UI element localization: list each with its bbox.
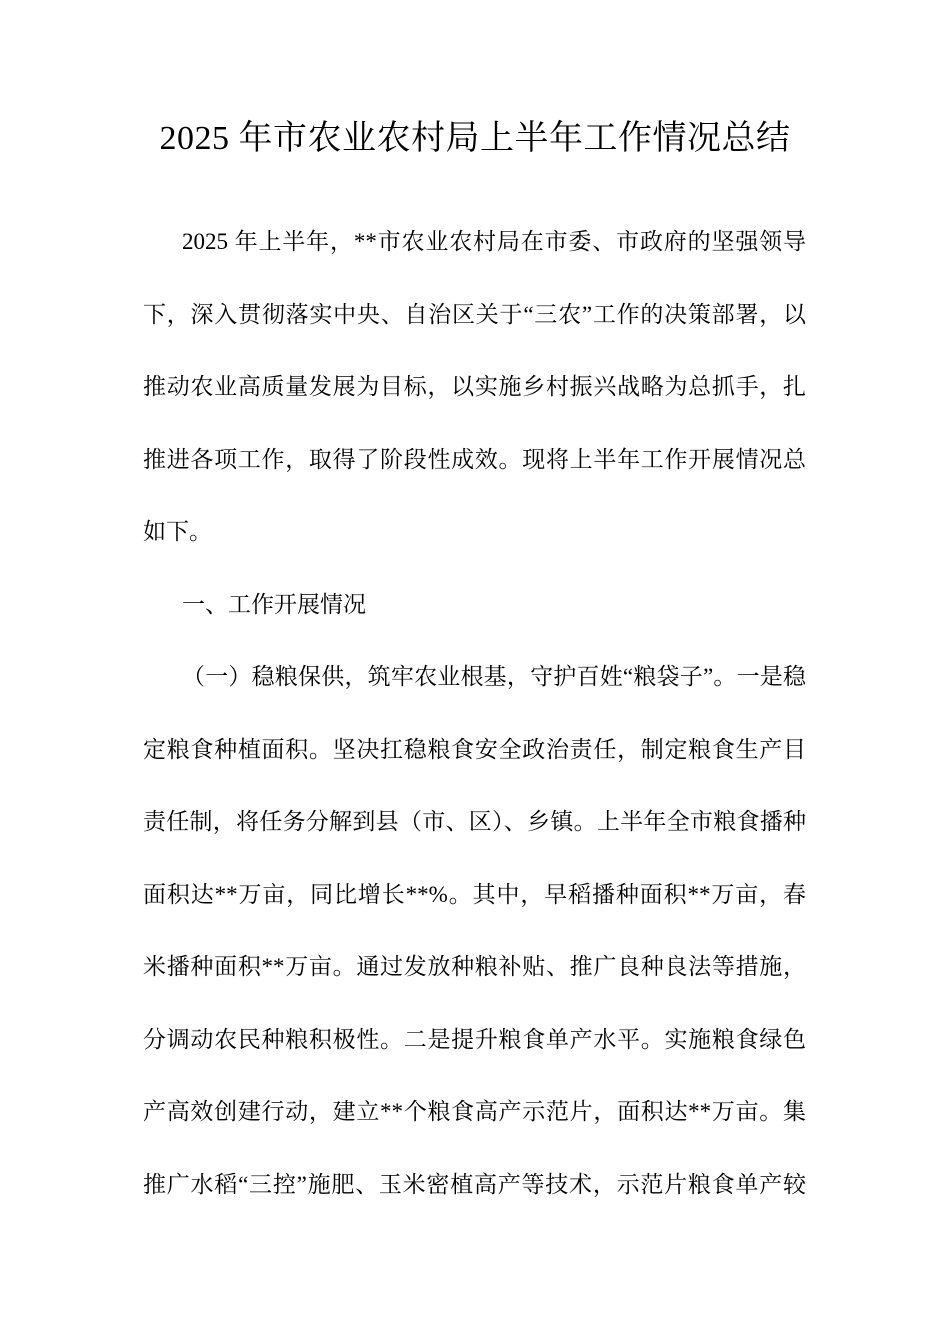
text-line: 分调动农民种粮积极性。二是提升粮食单产水平。实施粮食绿色高 (143, 1004, 806, 1077)
text-line: 2025 年上半年，**市农业农村局在市委、市政府的坚强领导 (143, 206, 806, 279)
text-line: （一）稳粮保供，筑牢农业根基，守护百姓“粮袋子”。一是稳 (143, 641, 806, 714)
text-line: 一、工作开展情况 (143, 569, 806, 642)
document-page: 2025 年市农业农村局上半年工作情况总结 2025 年上半年，**市农业农村局… (0, 0, 950, 1344)
text-line: 推广水稻“三控”施肥、玉米密植高产等技术，示范片粮食单产较 (143, 1149, 806, 1222)
text-line: 推动农业高质量发展为目标，以实施乡村振兴战略为总抓手，扎实 (143, 351, 806, 424)
text-line: 产高效创建行动，建立**个粮食高产示范片，面积达**万亩。集成 (143, 1076, 806, 1149)
section-heading: 一、工作开展情况 (143, 569, 806, 642)
paragraph: 2025 年上半年，**市农业农村局在市委、市政府的坚强领导下，深入贯彻落实中央… (143, 206, 806, 569)
text-line: 下，深入贯彻落实中央、自治区关于“三农”工作的决策部署，以 (143, 279, 806, 352)
text-line: 如下。 (143, 496, 806, 569)
document-title: 2025 年市农业农村局上半年工作情况总结 (0, 113, 950, 165)
paragraph: （一）稳粮保供，筑牢农业根基，守护百姓“粮袋子”。一是稳定粮食种植面积。坚决扛稳… (143, 641, 806, 1221)
text-line: 米播种面积**万亩。通过发放种粮补贴、推广良种良法等措施，充 (143, 931, 806, 1004)
document-body: 2025 年上半年，**市农业农村局在市委、市政府的坚强领导下，深入贯彻落实中央… (143, 206, 806, 1221)
text-line: 定粮食种植面积。坚决扛稳粮食安全政治责任，制定粮食生产目标 (143, 714, 806, 787)
text-line: 推进各项工作，取得了阶段性成效。现将上半年工作开展情况总结 (143, 424, 806, 497)
text-line: 面积达**万亩，同比增长**%。其中，早稻播种面积**万亩，春玉 (143, 859, 806, 932)
text-line: 责任制，将任务分解到县（市、区）、乡镇。上半年全市粮食播种 (143, 786, 806, 859)
